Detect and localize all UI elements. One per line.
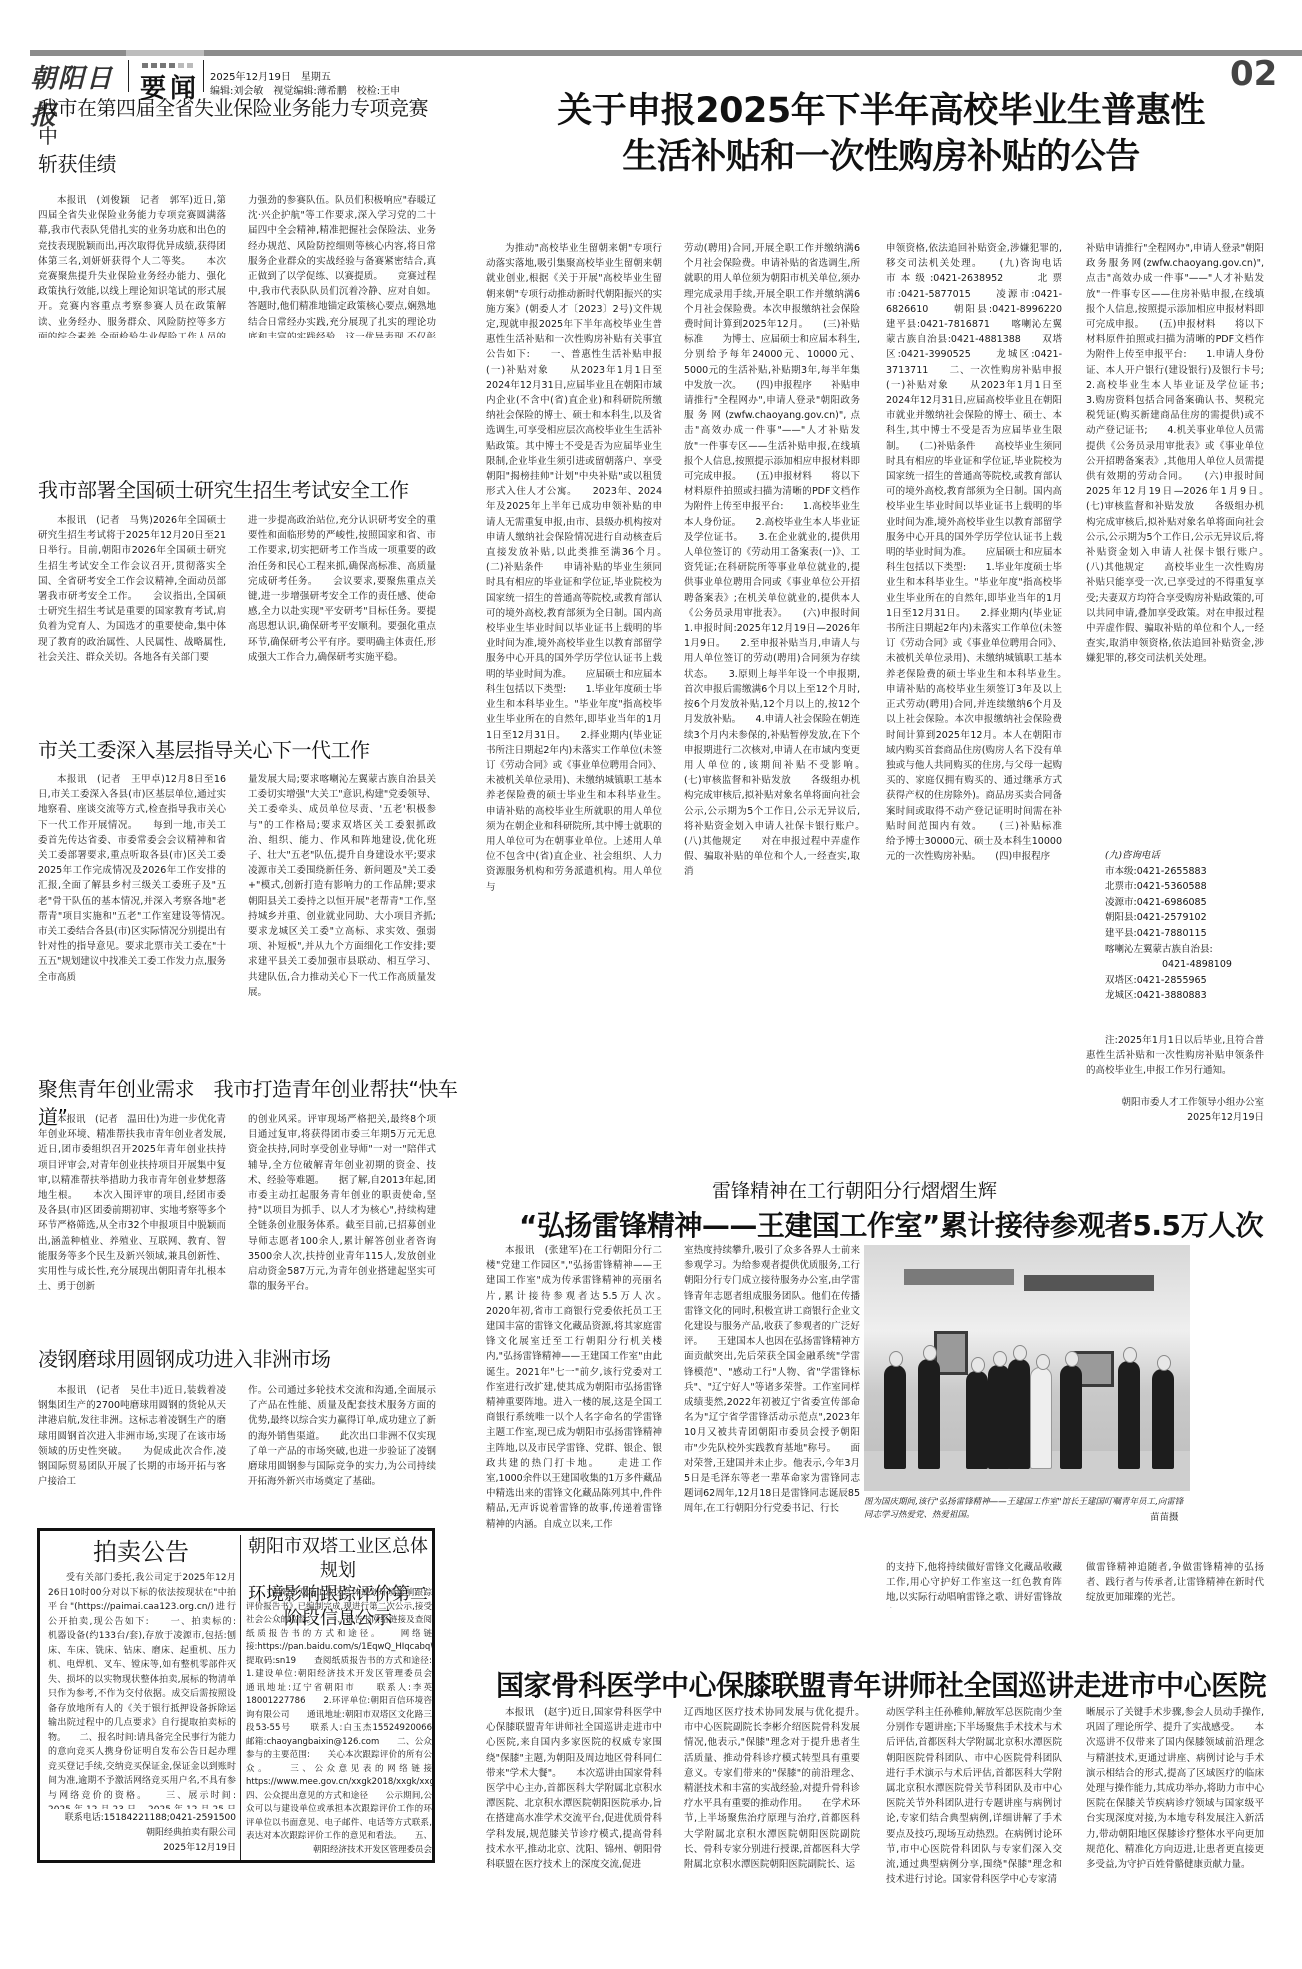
medical-col-3: 动医学科主任孙稚帅,解放军总医院南少奎分别作专题讲座;下半场聚焦手术技术与术后评… [886, 1705, 1062, 1955]
article-title-next-generation: 市关工委深入基层指导关心下一代工作 [38, 736, 448, 764]
leifeng-kicker: 雷锋精神在工行朝阳分行熠熠生辉 [712, 1176, 997, 1203]
notice-col-2: 劳动(聘用)合同,开展全职工作并缴纳满6个月社会保险费。申请补贴的省选调生,所就… [684, 241, 860, 1031]
notice-note: 注:2025年1月1日以后毕业,且符合普惠性生活补贴和一次性购房补贴申领条件的高… [1086, 1033, 1264, 1095]
eia-org: 朝阳经济技术开发区管理委员会 [246, 1843, 432, 1858]
leifeng-col-1: 本报讯 (张建军)在工行朝阳分行二楼"党建工作园区","弘扬雷锋精神——王建国工… [486, 1243, 662, 1563]
leifeng-col-2: 室热度持续攀升,吸引了众多各界人士前来参观学习。为给参观者提供优质服务,工行朝阳… [684, 1243, 860, 1563]
medical-title: 国家骨科医学中心保膝联盟青年讲师社全国巡讲走进市中心医院 [460, 1664, 1302, 1704]
notice-col-1: 为推动"高校毕业生留朝来朝"专项行动落实落地,吸引集聚高校毕业生留朝来朝就业创业… [486, 241, 662, 1031]
auction-body: 受有关部门委托,我公司定于2025年12月26日10时00分对以下标的依法按现状… [48, 1571, 236, 1809]
article-body: 的创业风采。评审现场严格把关,最终8个项目通过复审,将获得团市委三年期5万元无息… [248, 1112, 436, 1312]
divider [240, 1535, 241, 1860]
leifeng-title: “弘扬雷锋精神——王建国工作室”累计接待参观者5.5万人次 [480, 1204, 1302, 1244]
leifeng-photo [864, 1245, 1190, 1491]
divider [203, 60, 204, 92]
medical-col-2: 辽西地区医疗技术协同发展与优化提升。 市中心医院副院长李彬介绍医院骨科发展情况,… [684, 1705, 860, 1955]
article-title-unemployment: 我市在第四届全省失业保险业务能力专项竞赛中 斩获佳绩 [38, 94, 438, 178]
leifeng-col-3: 的支持下,他将持续做好雷锋文化藏品收藏工作,用心守护好工作室这一红色教育阵地,以… [886, 1560, 1062, 1608]
masthead-rule [30, 50, 1302, 56]
article-body: 力强劲的参赛队伍。队员们积极响应"春暖辽沈·兴企护航"等工作要求,深入学习党的二… [248, 193, 436, 338]
notice-col-4: 补贴申请推行"全程网办",申请人登录"朝阳政务服务网(zwfw.chaoyang… [1086, 241, 1264, 841]
auction-title: 拍卖公告 [44, 1537, 238, 1567]
medical-col-4: 晰展示了关键手术步骤,参会人员动手操作,巩固了理论所学、提升了实战感受。 本次巡… [1086, 1705, 1264, 1955]
notice-date: 2025年12月19日 [1086, 1110, 1264, 1125]
notice-col-3: 申领资格,依法追回补贴资金,涉嫌犯罪的,移交司法机关处理。 (九)咨询电话 市本… [886, 241, 1062, 1031]
auction-date: 2025年12月19日 [48, 1841, 236, 1856]
article-title-exam-security: 我市部署全国硕士研究生招生考试安全工作 [38, 476, 448, 504]
ads-box: 拍卖公告 受有关部门委托,我公司定于2025年12月26日10时00分对以下标的… [37, 1528, 435, 1863]
article-body: 进一步提高政治站位,充分认识研考安全的重要性和面临形势的严峻性,按照国家和省、市… [248, 513, 436, 693]
divider [128, 60, 129, 92]
date-line: 2025年12月19日 星期五 [210, 68, 331, 83]
article-body: 本报讯 (记者 王甲卓)12月8日至16日,市关工委深入各县(市)区基层单位,通… [38, 772, 226, 1032]
main-notice-title: 关于申报2025年下半年高校毕业生普惠性 生活补贴和一次性购房补贴的公告 [460, 88, 1302, 180]
auction-phone: 联系电话:15184221188;0421-2591500 [48, 1811, 236, 1826]
article-body: 量发展大局;要求喀喇沁左翼蒙古族自治县关工委切实增强"大关工"意识,构建"党委领… [248, 772, 436, 1032]
article-title-lingang-steel: 凌钢磨球用圆钢成功进入非洲市场 [38, 1345, 448, 1373]
consult-phones: (九)咨询电话 市本级:0421-2655883 北票市:0421-536058… [1086, 848, 1264, 1004]
medical-col-1: 本报讯 (赵宇)近日,国家骨科医学中心保膝联盟青年讲师社全国巡讲走进市中心医院,… [486, 1705, 662, 1955]
auction-company: 朝阳经典拍卖有限公司 [48, 1826, 236, 1841]
eia-body: 《朝阳市双塔工业区总体规划环境影响跟踪评价报告书》已编制完成,现进行第二次公示,… [246, 1587, 432, 1843]
article-body: 本报讯 (刘俊颖 记者 郭军)近日,第四届全省失业保险业务能力专项竞赛圆满落幕,… [38, 193, 226, 338]
leifeng-col-4: 做雷锋精神追随者,争做雷锋精神的弘扬者、践行者与传承者,让雷锋精神在新时代绽放更… [1086, 1515, 1264, 1605]
article-body: 本报讯 (记者 温田仕)为进一步优化青年创业环境、精准帮扶我市青年创业者发展,近… [38, 1112, 226, 1312]
article-body: 作。公司通过多轮技术交流和沟通,全面展示了产品在性能、质量及配套技术服务方面的优… [248, 1383, 436, 1503]
article-body: 本报讯 (记者 马隽)2026年全国硕士研究生招生考试将于2025年12月20日… [38, 513, 226, 693]
article-body: 本报讯 (记者 吴仕丰)近日,装载着凌钢集团生产的2700吨磨球用圆钢的货轮从天… [38, 1383, 226, 1503]
notice-signature: 朝阳市委人才工作领导小组办公室 [1086, 1095, 1264, 1110]
newspaper-logo: 朝阳日报 [30, 58, 126, 90]
